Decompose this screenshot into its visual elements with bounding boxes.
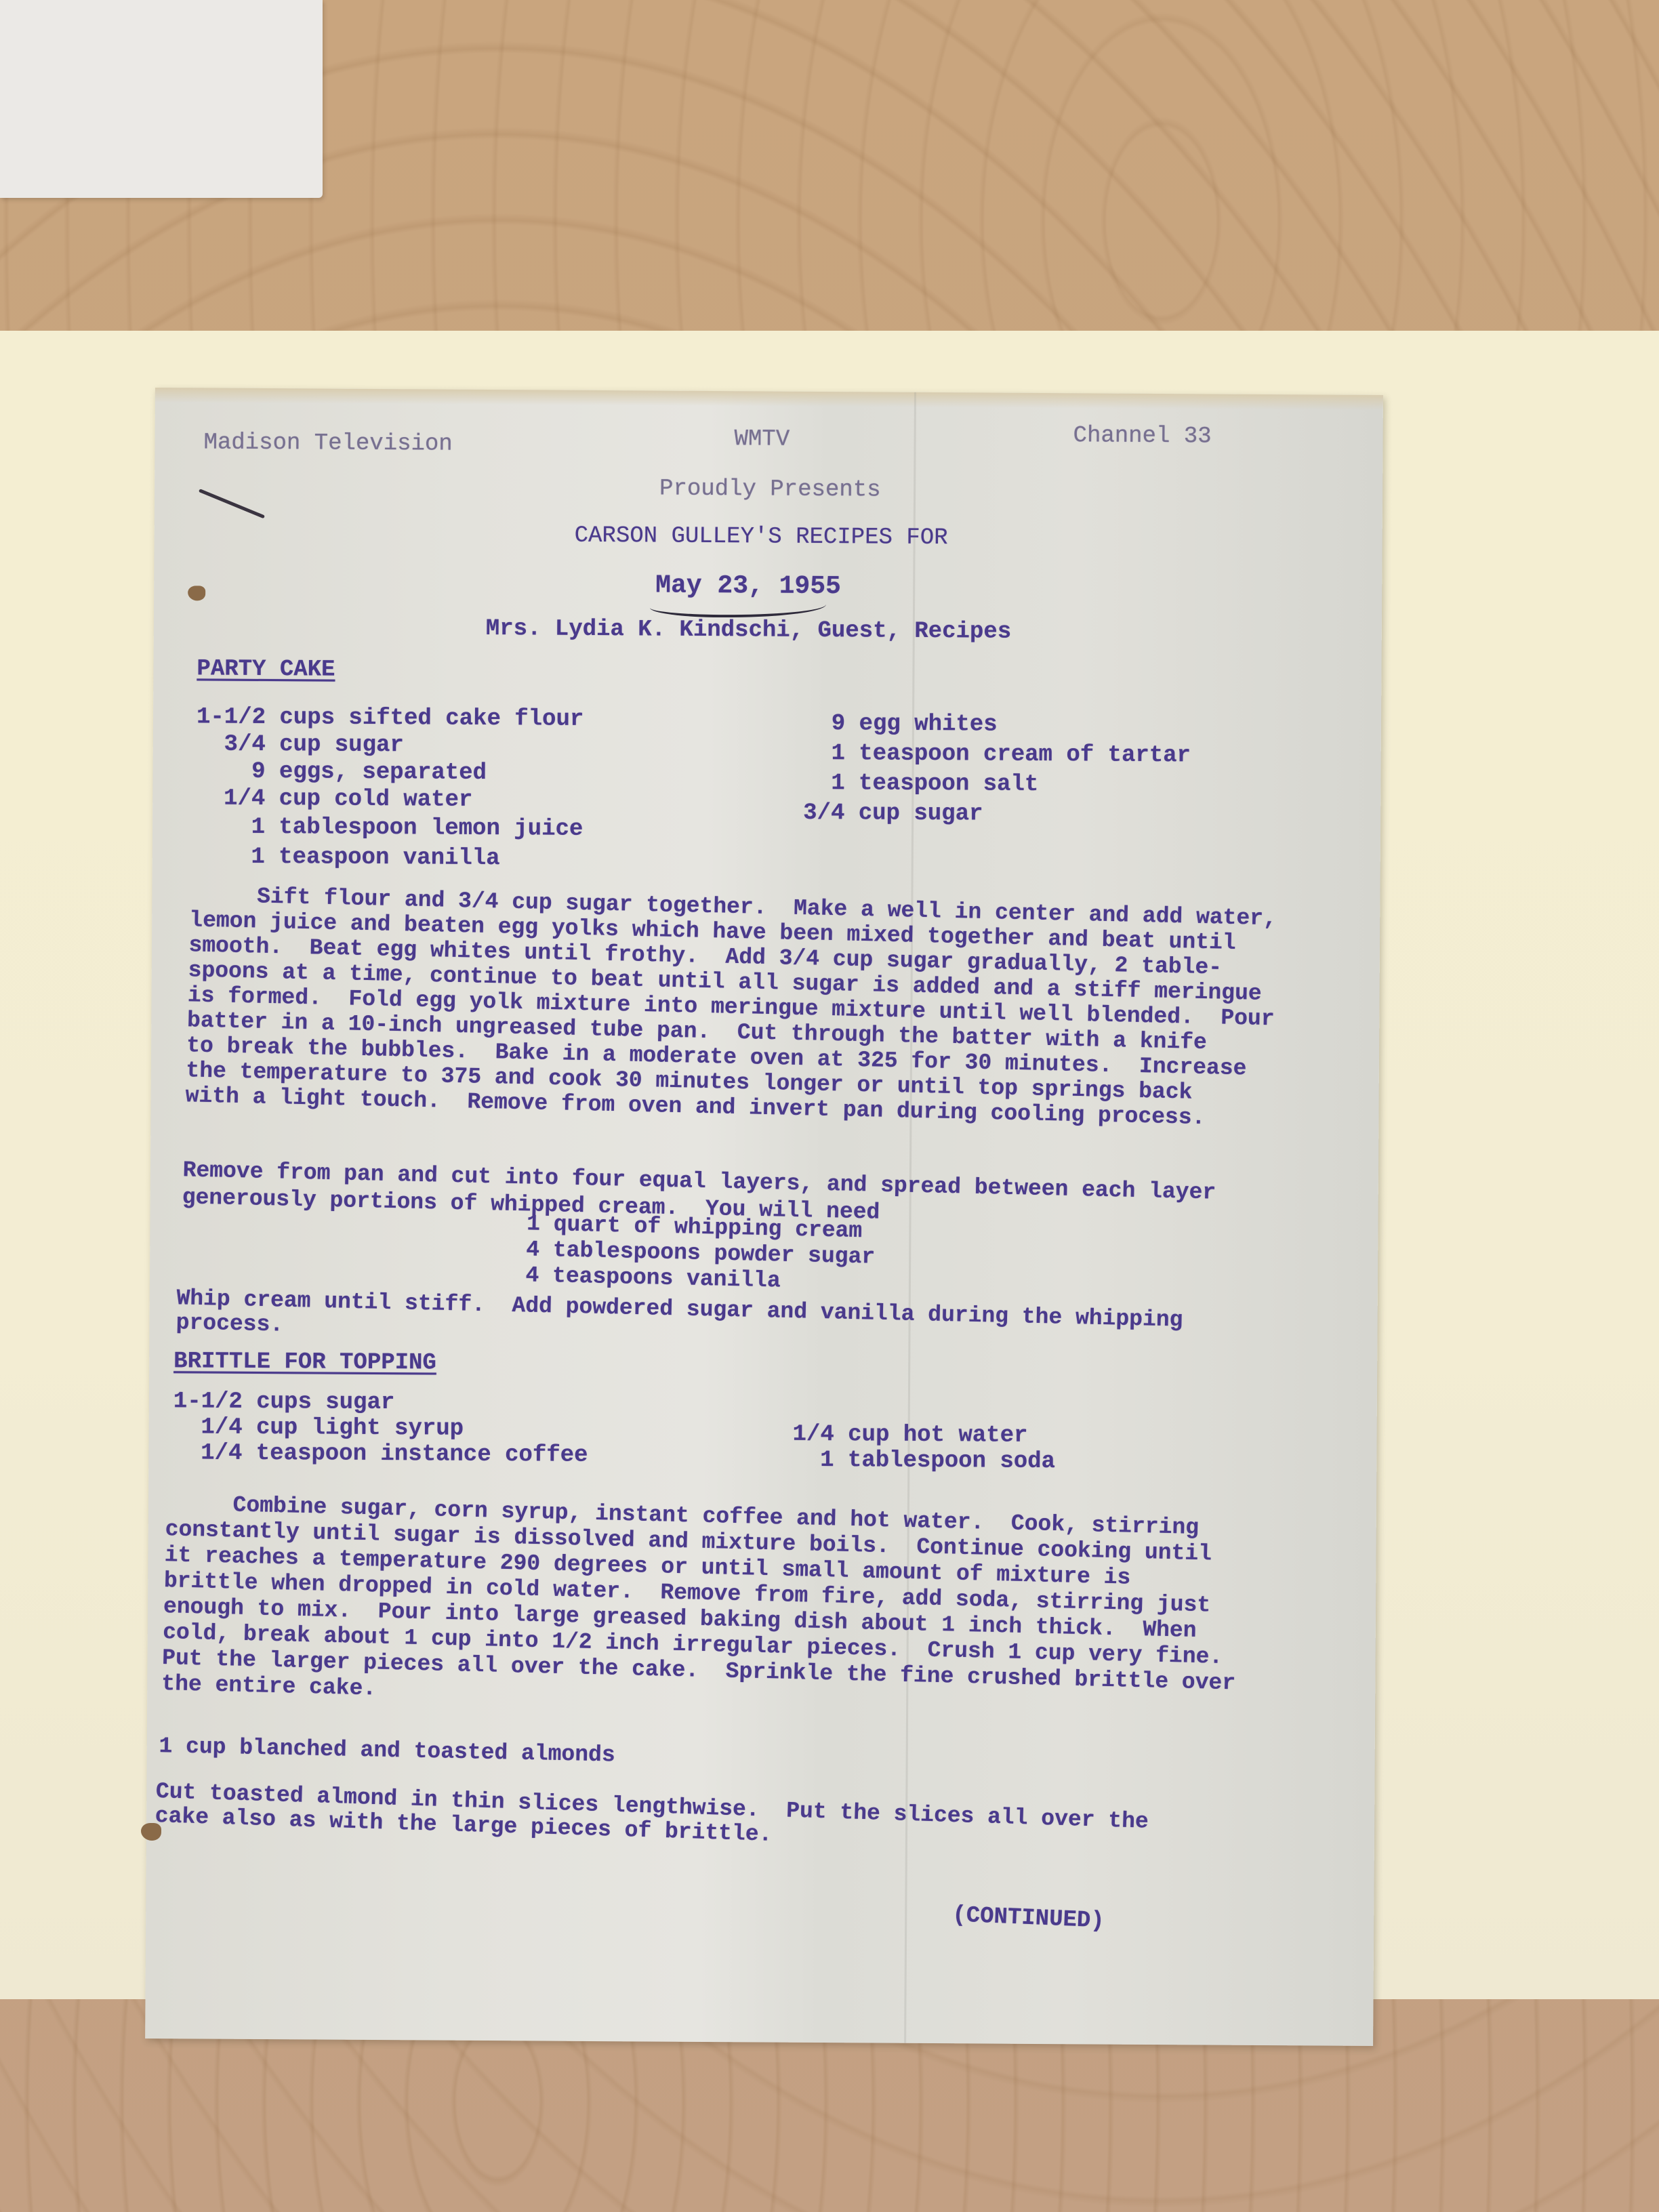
ingredient: 1/4 cup cold water xyxy=(196,785,583,814)
date-underline-pen xyxy=(650,594,826,618)
cream-ingredients: 1 quart of whipping cream 4 tablespoons … xyxy=(525,1211,876,1296)
punch-hole xyxy=(141,1823,161,1841)
corner-paper-sheet xyxy=(0,0,323,198)
party-cake-instructions: Sift flour and 3/4 cup sugar together. M… xyxy=(185,882,1277,1132)
ingredient: 1 teaspoon salt xyxy=(803,769,1191,800)
pen-mark xyxy=(199,489,265,518)
station-callsign: WMTV xyxy=(734,426,790,452)
party-cake-ingredients-left: 1-1/2 cups sifted cake flour 3/4 cup sug… xyxy=(196,703,584,874)
ingredient: 3/4 cup sugar xyxy=(197,731,584,760)
recipe-page: Madison Television WMTV Channel 33 Proud… xyxy=(145,388,1383,2046)
brittle-instructions: Combine sugar, corn syrup, instant coffe… xyxy=(161,1491,1240,1722)
ingredient: 1/4 cup light syrup xyxy=(173,1415,588,1442)
party-cake-heading: PARTY CAKE xyxy=(197,656,335,682)
brittle-ingredients-right: 1/4 cup hot water 1 tablespoon soda xyxy=(792,1422,1055,1475)
ingredient: 1 teaspoon vanilla xyxy=(196,842,583,874)
ingredient: 9 egg whites xyxy=(804,709,1191,741)
ingredient: 1 tablespoon lemon juice xyxy=(196,812,583,844)
ingredient: 1/4 teaspoon instance coffee xyxy=(173,1439,588,1469)
ingredient: 1/4 cup hot water xyxy=(792,1422,1055,1449)
almond-instructions: Cut toasted almond in thin slices length… xyxy=(155,1780,1149,1859)
brittle-ingredients-left: 1-1/2 cups sugar 1/4 cup light syrup 1/4… xyxy=(173,1388,588,1469)
punch-hole xyxy=(188,586,205,600)
station-name: Madison Television xyxy=(203,430,452,457)
ingredient: 1-1/2 cups sugar xyxy=(173,1388,588,1418)
ingredient: 9 eggs, separated xyxy=(196,758,583,787)
party-cake-ingredients-right: 9 egg whites 1 teaspoon cream of tartar … xyxy=(803,709,1191,830)
recipes-title: CARSON GULLEY'S RECIPES FOR xyxy=(575,523,948,551)
whip-instructions: Whip cream until stiff. Add powdered sug… xyxy=(176,1286,1183,1357)
guest-line: Mrs. Lydia K. Kindschi, Guest, Recipes xyxy=(486,616,1012,645)
continued-label: (CONTINUED) xyxy=(952,1902,1105,1934)
ingredient: 1-1/2 cups sifted cake flour xyxy=(197,703,584,733)
ingredient: 1 teaspoon cream of tartar xyxy=(804,739,1191,771)
ingredient: 3/4 cup sugar xyxy=(803,798,1191,830)
almonds-ingredient: 1 cup blanched and toasted almonds xyxy=(159,1734,615,1768)
brittle-heading: BRITTLE FOR TOPPING xyxy=(173,1349,436,1376)
ingredient: 1 tablespoon soda xyxy=(792,1448,1055,1475)
presents-line: Proudly Presents xyxy=(659,476,881,504)
channel-number: Channel 33 xyxy=(1073,423,1211,449)
